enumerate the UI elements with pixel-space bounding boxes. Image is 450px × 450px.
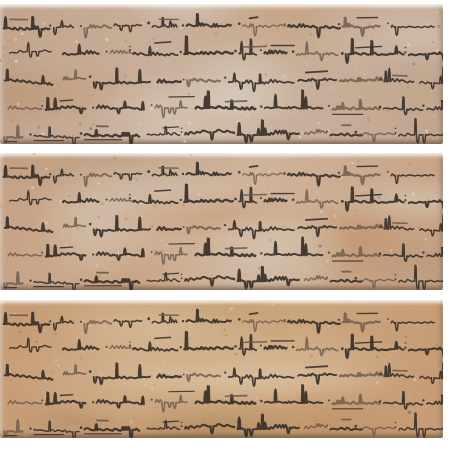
- ceramic-tile-top: [0, 4, 443, 144]
- handwriting-script-overlay: [0, 4, 443, 144]
- ceramic-tile-bottom: [0, 300, 443, 438]
- tile-collage: [0, 0, 450, 450]
- handwriting-script-overlay: [0, 153, 443, 290]
- handwriting-script-overlay: [0, 300, 443, 438]
- ceramic-tile-middle: [0, 153, 443, 290]
